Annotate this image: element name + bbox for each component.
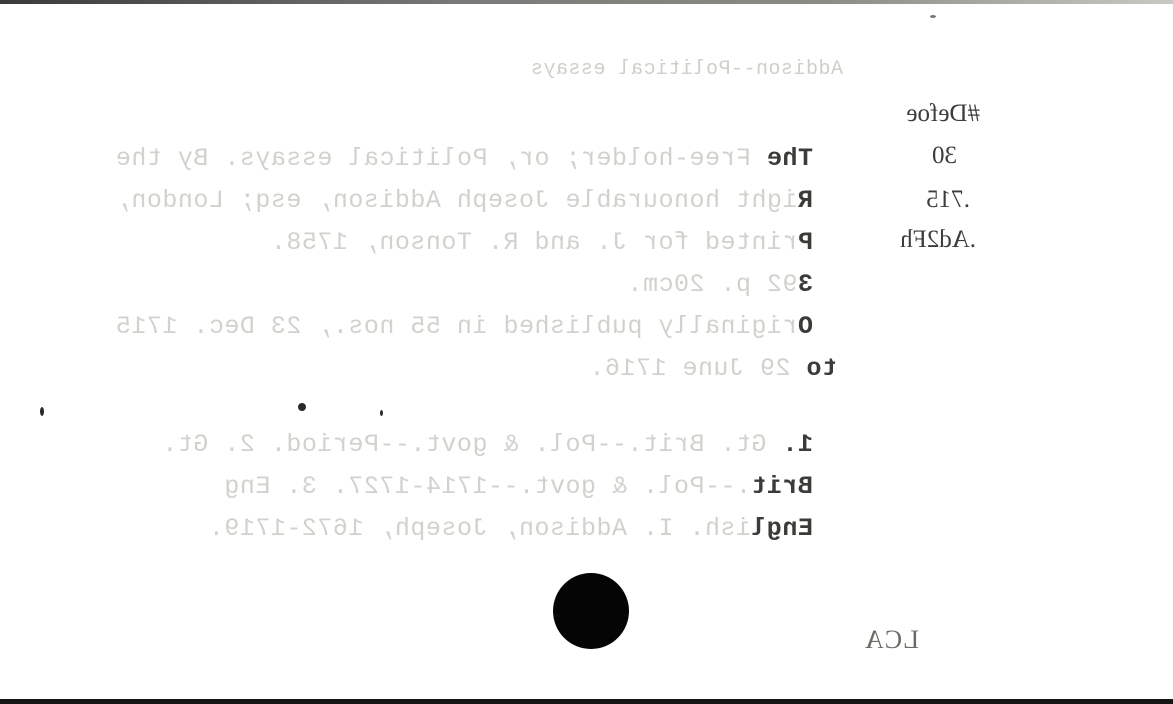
body-line: to 29 June 1716.: [589, 354, 837, 383]
call-number-line-3: .715: [926, 186, 970, 214]
call-number-line-2: 30: [932, 142, 957, 170]
tracing-lead: Engl: [751, 514, 813, 543]
ink-speck: [40, 407, 44, 416]
body-line-lead: to: [806, 354, 837, 383]
tracing-text: Gt. Brit.--Pol. & govt.--Period. 2. Gt.: [162, 430, 782, 459]
library-code: LCA: [864, 625, 919, 655]
body-line-text: riginally published in 55 nos., 23 Dec. …: [115, 312, 797, 341]
body-line-text: Free-holder; or, Political essays. By th…: [115, 144, 766, 173]
call-number-line-1: #Defoe: [906, 100, 980, 128]
body-line: The Free-holder; or, Political essays. B…: [115, 144, 813, 173]
body-line-text: ight honourable Joseph Addison, esq; Lon…: [115, 186, 797, 215]
body-line-lead: O: [797, 312, 813, 341]
tracing-lead: 1.: [782, 430, 813, 459]
punch-hole: [553, 573, 629, 649]
card-heading: Addison--Political essays: [530, 58, 843, 81]
tracing-line: Brit.--Pol. & govt.--1714-1727. 3. Eng: [224, 472, 813, 501]
tracing-line: English. I. Addison, Joseph, 1672-1719.: [208, 514, 813, 543]
tracing-lead: Brit: [751, 472, 813, 501]
ink-speck: [930, 15, 936, 18]
body-line-lead: P: [797, 228, 813, 257]
body-line-lead: R: [797, 186, 813, 215]
body-line: Right honourable Joseph Addison, esq; Lo…: [115, 186, 813, 215]
card-bottom-edge: [0, 699, 1173, 704]
tracing-text: ish. I. Addison, Joseph, 1672-1719.: [208, 514, 751, 543]
call-number-line-4: .Ad2Fh: [900, 226, 976, 254]
body-line-lead: The: [766, 144, 813, 173]
tracing-text: .--Pol. & govt.--1714-1727. 3. Eng: [224, 472, 751, 501]
body-line-text: 92 p. 20cm.: [627, 270, 798, 299]
body-line: 392 p. 20cm.: [627, 270, 813, 299]
body-line: Originally published in 55 nos., 23 Dec.…: [115, 312, 813, 341]
body-line-text: rinted for J. and R. Tonson, 1758.: [270, 228, 797, 257]
ink-speck: [380, 410, 383, 416]
tracing-line: 1. Gt. Brit.--Pol. & govt.--Period. 2. G…: [162, 430, 813, 459]
body-line: Printed for J. and R. Tonson, 1758.: [270, 228, 813, 257]
body-line-lead: 3: [797, 270, 813, 299]
ink-speck: [298, 403, 306, 411]
body-line-text: 29 June 1716.: [589, 354, 806, 383]
